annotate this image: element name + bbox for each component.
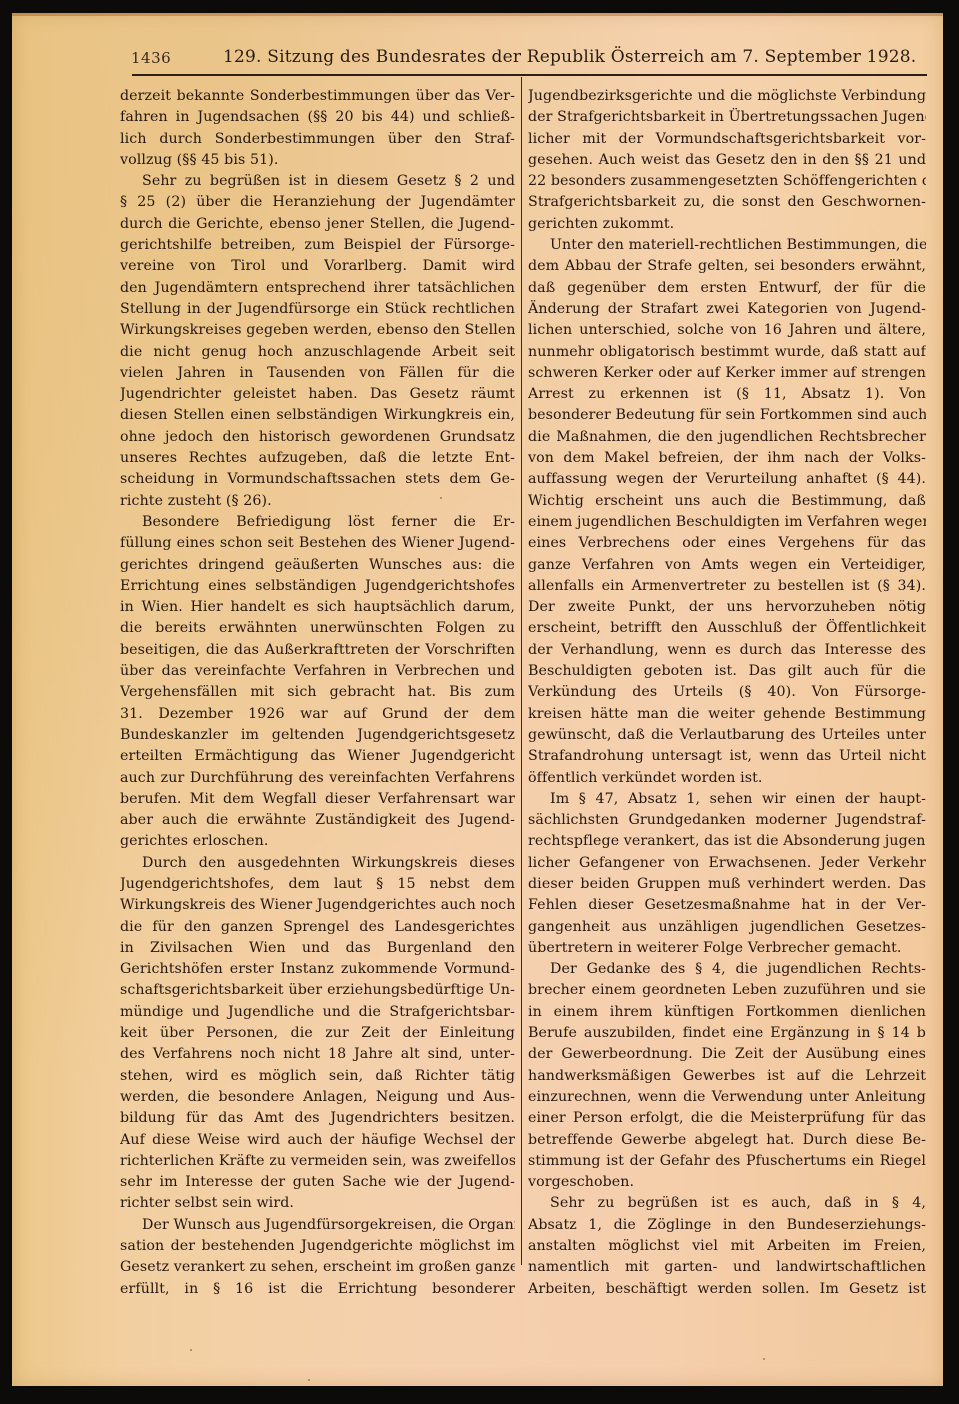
text-line: erfüllt, in § 16 ist die Errichtung beso… [120, 1279, 515, 1300]
text-line: die für den ganzen Sprengel des Landesge… [120, 917, 515, 938]
text-line: öffentlich verkündet worden ist. [528, 768, 926, 789]
text-line: derzeit bekannte Sonderbestimmungen über… [120, 86, 515, 107]
text-line: stimmung ist der Gefahr des Pfuschertums… [528, 1151, 926, 1172]
text-line: stehen, wird es möglich sein, daß Richte… [120, 1066, 515, 1087]
paper-speck [763, 1358, 765, 1360]
text-line: Durch den ausgedehnten Wirkungskreis die… [120, 853, 515, 874]
text-line: gerichtes erloschen. [120, 831, 515, 852]
text-line: berufen. Mit dem Wegfall dieser Verfahre… [120, 789, 515, 810]
text-line: gerichtshilfe betreiben, zum Beispiel de… [120, 235, 515, 256]
text-line: handwerksmäßigen Gewerbes ist auf die Le… [528, 1066, 926, 1087]
text-line: vereine von Tirol und Vorarlberg. Damit … [120, 256, 515, 277]
text-line: Der zweite Punkt, der uns hervorzuheben … [528, 597, 926, 618]
text-line: des Verfahrens noch nicht 18 Jahre alt s… [120, 1044, 515, 1065]
text-line: dieser beiden Gruppen muß verhindert wer… [528, 874, 926, 895]
text-line: Absatz 1, die Zöglinge in den Bundeserzi… [528, 1215, 926, 1236]
text-line: bildung für das Amt des Jugendrichters b… [120, 1108, 515, 1129]
text-line: vorgeschoben. [528, 1172, 926, 1193]
text-line: richte zusteht (§ 26). [120, 491, 515, 512]
text-line: unseres Rechtes aufzugeben, daß die letz… [120, 448, 515, 469]
text-line: einem jugendlichen Beschuldigten im Verf… [528, 512, 926, 533]
text-line: gerichtes dringend geäußerten Wunsches a… [120, 555, 515, 576]
text-line: licher mit der Vormundschaftsgerichtsbar… [528, 129, 926, 150]
text-line: auffassung wegen der Verurteilung anhaft… [528, 469, 926, 490]
text-line: 22 besonders zusammengesetzten Schöffeng… [528, 171, 926, 192]
text-line: mündige und Jugendliche und die Strafger… [120, 1002, 515, 1023]
text-line: allenfalls ein Armenvertreter zu bestell… [528, 576, 926, 597]
text-line: schweren Kerker oder auf Kerker immer au… [528, 363, 926, 384]
text-line: daß gegenüber dem ersten Entwurf, der fü… [528, 278, 926, 299]
text-line: rechtspflege verankert, das ist die Abso… [528, 831, 926, 852]
text-line: Strafgerichtsbarkeit zu, die sonst den G… [528, 192, 926, 213]
text-line: licher Gefangener von Erwachsenen. Jeder… [528, 853, 926, 874]
text-line: in Wien. Hier handelt es sich hauptsächl… [120, 597, 515, 618]
text-line: 31. Dezember 1926 war auf Grund der dem [120, 704, 515, 725]
text-line: Fehlen dieser Gesetzesmaßnahme hat in de… [528, 895, 926, 916]
text-line: gangenheit aus unzähligen jugendlichen G… [528, 917, 926, 938]
text-line: Wirkungskreises gegeben werden, ebenso d… [120, 320, 515, 341]
text-line: lich durch Sonderbestimmungen über den S… [120, 129, 515, 150]
text-line: besonderer Bedeutung für sein Fortkommen… [528, 405, 926, 426]
text-line: gerichten zukommt. [528, 214, 926, 235]
right-column: Jugendbezirksgerichte und die möglichste… [528, 86, 926, 1300]
text-line: Jugendgerichtshofes, dem laut § 15 nebst… [120, 874, 515, 895]
text-line: ganze Verfahren von Amts wegen ein Verte… [528, 555, 926, 576]
text-line: der Strafgerichtsbarkeit in Übertretungs… [528, 107, 926, 128]
text-line: sächlichsten Grundgedanken moderner Juge… [528, 810, 926, 831]
text-line: Jugendrichter geleistet haben. Das Geset… [120, 384, 515, 405]
text-line: Wichtig erscheint uns auch die Bestimmun… [528, 491, 926, 512]
text-line: die nicht genug hoch anzuschlagende Arbe… [120, 342, 515, 363]
text-line: in einem ihrem künftigen Fortkommen dien… [528, 1002, 926, 1023]
text-line: diesen Stellen einen selbständigen Wirku… [120, 405, 515, 426]
text-line: dem Abbau der Strafe gelten, sei besonde… [528, 256, 926, 277]
text-line: Sehr zu begrüßen ist es auch, daß in § 4… [528, 1193, 926, 1214]
text-line: Besondere Befriedigung löst ferner die E… [120, 512, 515, 533]
text-line: füllung eines schon seit Bestehen des Wi… [120, 533, 515, 554]
text-line: über das vereinfachte Verfahren in Verbr… [120, 661, 515, 682]
text-line: die bereits erwähnten unerwünschten Folg… [120, 618, 515, 639]
text-line: der Verhandlung, wenn es durch das Inter… [528, 640, 926, 661]
page-number: 1436 [131, 49, 171, 67]
text-line: gewünscht, daß die Verlautbarung des Urt… [528, 725, 926, 746]
text-line: den Jugendämtern entsprechend ihrer tats… [120, 278, 515, 299]
text-line: Gerichtshöfen erster Instanz zukommende … [120, 959, 515, 980]
text-line: Im § 47, Absatz 1, sehen wir einen der h… [528, 789, 926, 810]
text-line: einer Person erfolgt, die die Meisterprü… [528, 1108, 926, 1129]
header-rule [132, 74, 927, 76]
text-line: keit über Personen, die zur Zeit der Ein… [120, 1023, 515, 1044]
text-line: beseitigen, die das Außerkrafttreten der… [120, 640, 515, 661]
text-line: scheidung in Vormundschaftssachen stets … [120, 469, 515, 490]
text-line: der Gewerbeordnung. Die Zeit der Ausübun… [528, 1044, 926, 1065]
text-line: brecher einem geordneten Leben zuzuführe… [528, 980, 926, 1001]
text-line: richterlichen Kräfte zu vermeiden sein, … [120, 1151, 515, 1172]
text-line: vollzug (§§ 45 bis 51). [120, 150, 515, 171]
text-line: richter selbst sein wird. [120, 1193, 515, 1214]
text-line: Arrest zu erkennen ist (§ 11, Absatz 1).… [528, 384, 926, 405]
paper-edge-stain [12, 13, 943, 16]
text-line: Arbeiten, beschäftigt werden sollen. Im … [528, 1279, 926, 1300]
text-line: Wirkungskreis des Wiener Jugendgerichtes… [120, 895, 515, 916]
text-line: Sehr zu begrüßen ist in diesem Gesetz § … [120, 171, 515, 192]
left-column: derzeit bekannte Sonderbestimmungen über… [120, 86, 515, 1300]
text-line: von dem Makel befreien, der ihm nach der… [528, 448, 926, 469]
text-line: in Zivilsachen Wien und das Burgenland d… [120, 938, 515, 959]
text-line: Jugendbezirksgerichte und die möglichste… [528, 86, 926, 107]
text-line: anstalten möglichst viel mit Arbeiten im… [528, 1236, 926, 1257]
text-line: Gesetz verankert zu sehen, erscheint im … [120, 1257, 515, 1278]
text-line: erscheint, betrifft den Ausschluß der Öf… [528, 618, 926, 639]
text-line: sation der bestehenden Jugendgerichte mö… [120, 1236, 515, 1257]
text-line: werden, die besondere Anlagen, Neigung u… [120, 1087, 515, 1108]
text-line: vielen Jahren in Tausenden von Fällen fü… [120, 363, 515, 384]
text-line: auch zur Durchführung des vereinfachten … [120, 768, 515, 789]
text-line: lichen unterschied, solche von 16 Jahren… [528, 320, 926, 341]
text-line: nunmehr obligatorisch bestimmt wurde, da… [528, 342, 926, 363]
text-line: sehr im Interesse der guten Sache wie de… [120, 1172, 515, 1193]
text-line: Stellung in der Jugendfürsorge ein Stück… [120, 299, 515, 320]
column-divider [521, 77, 522, 1265]
running-title: 129. Sitzung des Bundesrates der Republi… [223, 47, 916, 67]
text-line: Der Gedanke des § 4, die jugendlichen Re… [528, 959, 926, 980]
text-line: schaftsgerichtsbarkeit über erziehungsbe… [120, 980, 515, 1001]
text-line: die Maßnahmen, die den jugendlichen Rech… [528, 427, 926, 448]
text-line: Strafandrohung untersagt ist, wenn das U… [528, 746, 926, 767]
text-line: fahren in Jugendsachen (§§ 20 bis 44) un… [120, 107, 515, 128]
text-line: Errichtung eines selbständigen Jugendger… [120, 576, 515, 597]
text-line: Verkündung des Urteils (§ 40). Von Fürso… [528, 682, 926, 703]
paper-speck [440, 497, 442, 499]
text-line: Berufe auszubilden, findet eine Ergänzun… [528, 1023, 926, 1044]
text-line: aber auch die erwähnte Zuständigkeit des… [120, 810, 515, 831]
text-line: Beschuldigten geboten ist. Das gilt auch… [528, 661, 926, 682]
text-line: kreisen hätte man die weiter gehende Bes… [528, 704, 926, 725]
text-line: Der Wunsch aus Jugendfürsorgekreisen, di… [120, 1215, 515, 1236]
text-line: einzurechnen, wenn die Verwendung unter … [528, 1087, 926, 1108]
paper-speck [190, 1349, 192, 1351]
text-line: übertretern in weiterer Folge Verbrecher… [528, 938, 926, 959]
text-line: namentlich mit garten- und landwirtschaf… [528, 1257, 926, 1278]
text-line: ohne jedoch den historisch gewordenen Gr… [120, 427, 515, 448]
text-line: Änderung der Strafart zwei Kategorien vo… [528, 299, 926, 320]
text-line: betreffende Gewerbe abgelegt hat. Durch … [528, 1130, 926, 1151]
running-head: 1436 129. Sitzung des Bundesrates der Re… [119, 47, 925, 69]
text-line: durch die Gerichte, ebenso jener Stellen… [120, 214, 515, 235]
text-line: Auf diese Weise wird auch der häufige We… [120, 1130, 515, 1151]
text-line: gesehen. Auch weist das Gesetz den in de… [528, 150, 926, 171]
text-line: erteilten Ermächtigung das Wiener Jugend… [120, 746, 515, 767]
text-line: Bundeskanzler im geltenden Jugendgericht… [120, 725, 515, 746]
text-line: Unter den materiell-rechtlichen Bestimmu… [528, 235, 926, 256]
text-line: § 25 (2) über die Heranziehung der Jugen… [120, 192, 515, 213]
text-line: Vergehensfällen mit sich gebracht hat. B… [120, 682, 515, 703]
text-line: eines Verbrechens oder eines Vergehens f… [528, 533, 926, 554]
paper-speck [308, 1379, 310, 1381]
